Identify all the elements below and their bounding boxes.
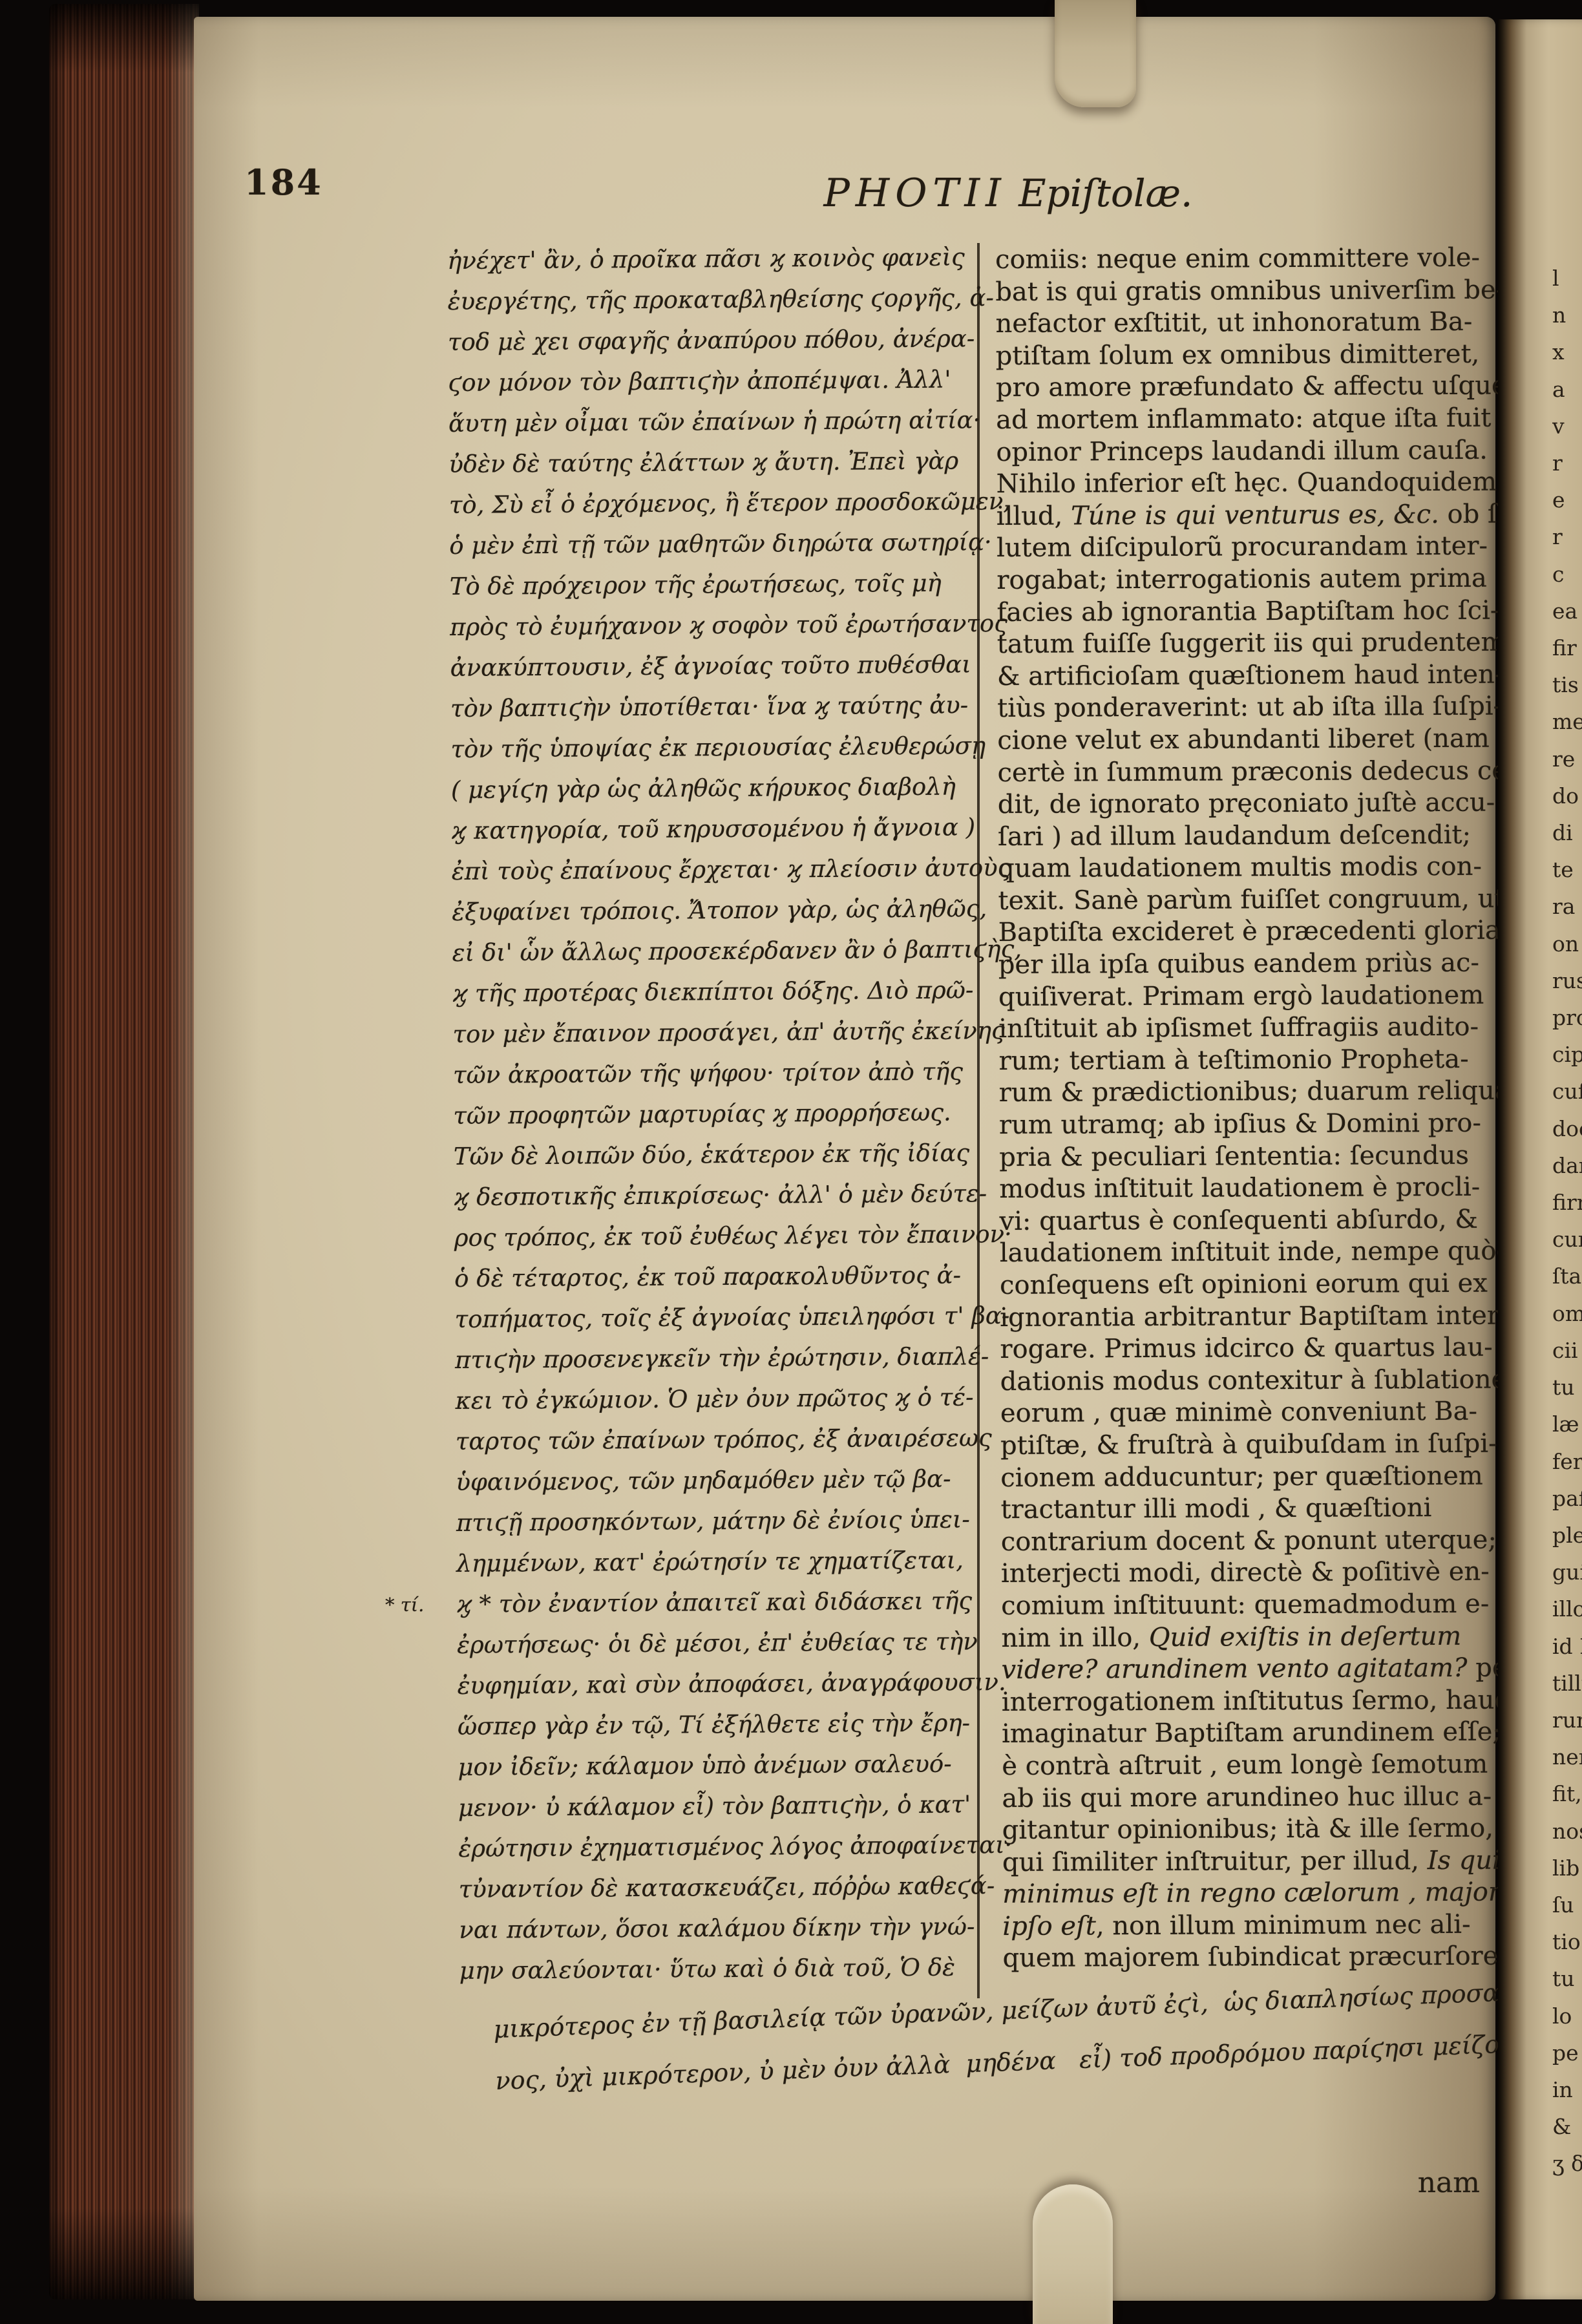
latin-text-segment: ignorantia arbitrantur Baptiſtam inter- xyxy=(1000,1300,1508,1332)
greek-text-line: πτιϛῇ προσηκόντων, μάτην δὲ ἐνίοις ὑπει- xyxy=(456,1499,986,1543)
greek-text-line: λημμένων, κατ' ἐρώτησίν τε χηματίζεται, xyxy=(456,1539,986,1584)
latin-text-line: ad mortem inflammato: atque iſta fuit xyxy=(996,403,1490,437)
latin-text-segment: laudationem inſtituit inde, nempe quòd xyxy=(1000,1236,1513,1268)
latin-text-segment: ſari ) ad illum laudandum deſcendit; xyxy=(998,819,1471,851)
latin-text-line: ptiſtam ſolum ex omnibus dimitteret, xyxy=(996,338,1490,372)
greek-text-column: ἠνέχετ' ἂν, ὁ προῖκα πᾶσι ϗ κοινὸς φανεὶ… xyxy=(447,237,989,1991)
latin-text-line: nefactor exſtitit, ut inhonoratum Ba- xyxy=(995,306,1489,341)
greek-text-line: ϛον μόνον τὸν βαπτιϛὴν ἀποπέμψαι. Ἀλλ' xyxy=(448,359,978,403)
latin-text-line: inſtituit ab ipſismet ſuffragiis audito- xyxy=(998,1011,1492,1046)
latin-text-line: ignorantia arbitrantur Baptiſtam inter- xyxy=(1000,1300,1493,1334)
edge-text-fragment: ſu xyxy=(1552,1886,1582,1923)
edge-text-fragment: nos xyxy=(1552,1813,1582,1850)
greek-text-line: ὁ δὲ τέταρτος, ἐκ τοῦ παρακολυθῦντος ἀ- xyxy=(454,1254,984,1299)
latin-text-line: quam laudationem multis modis con- xyxy=(998,851,1492,885)
edge-text-fragment: ſtat xyxy=(1552,1258,1582,1294)
latin-text-segment: , non illum minimum nec ali- xyxy=(1096,1910,1471,1941)
greek-text-line: κει τὸ ἐγκώμιον. Ὁ μὲν ὀυν πρῶτος ϗ ὁ τέ… xyxy=(455,1377,985,1421)
latin-text-segment: interrogationem inſtitutus ſermo, haud xyxy=(1002,1685,1511,1717)
latin-text-line: rum & prædictionibus; duarum reliqua- xyxy=(999,1075,1493,1110)
latin-text-line: tiùs ponderaverint: ut ab iſta illa ſuſp… xyxy=(997,691,1491,725)
greek-text-line: ἠνέχετ' ἂν, ὁ προῖκα πᾶσι ϗ κοινὸς φανεὶ… xyxy=(447,237,977,281)
edge-text-fragment: ea xyxy=(1552,593,1582,629)
latin-text-segment: pria & peculiari ſententia: ſecundus xyxy=(999,1140,1469,1172)
latin-text-line: illud, Túne is qui venturus es, &c. ob ſ… xyxy=(997,498,1490,533)
greek-text-line: τῶν ἀκροατῶν τῆς ψήφου· τρίτον ἀπὸ τῆς xyxy=(453,1051,983,1095)
greek-text-line: τὸν τῆς ὑποψίας ἐκ περιουσίας ἐλευθερώσῃ xyxy=(450,725,980,770)
latin-text-segment: ptiſtam ſolum ex omnibus dimitteret, xyxy=(996,339,1480,371)
edge-text-fragment: r xyxy=(1552,518,1582,555)
catchword: nam xyxy=(1305,2166,1480,2199)
edge-text-fragment: cipu xyxy=(1552,1036,1582,1073)
greek-text-line: ἅυτη μὲν οἶμαι τῶν ἐπαίνων ἡ πρώτη αἰτία… xyxy=(448,399,978,444)
edge-text-fragment: lib xyxy=(1552,1850,1582,1886)
header-work-title: Epiſtolæ. xyxy=(1007,171,1193,215)
edge-text-fragment: di xyxy=(1552,814,1582,851)
edge-text-fragment: id E xyxy=(1552,1628,1582,1665)
latin-text-segment: interjecti modi, directè & poſitivè en- xyxy=(1001,1557,1490,1589)
latin-text-line: pro amore præfundato & affectu uſque xyxy=(996,370,1490,405)
greek-text-line: ἐυεργέτης, τῆς προκαταβληθείσης ϛοργῆς, … xyxy=(447,277,977,322)
latin-text-line: videre? arundinem vento agitatam? per xyxy=(1002,1653,1495,1687)
latin-text-segment: illud, xyxy=(997,501,1071,531)
latin-text-line: rogabat; interrogationis autem prima xyxy=(997,563,1490,597)
latin-text-segment: nefactor exſtitit, ut inhonoratum Ba- xyxy=(995,307,1472,339)
latin-text-segment: tiùs ponderaverint: ut ab iſta illa ſuſp… xyxy=(997,692,1502,723)
latin-text-line: Baptiſta excideret è præcedenti gloria, xyxy=(998,915,1492,949)
edge-text-fragment: r xyxy=(1552,445,1582,481)
latin-text-line: interjecti modi, directè & poſitivè en- xyxy=(1001,1556,1495,1590)
latin-text-segment: rum utramq; ab ipſius & Domini pro- xyxy=(999,1108,1481,1140)
edge-text-fragment: re xyxy=(1552,741,1582,777)
greek-text-line: μον ἰδεῖν; κάλαμον ὑπὸ ἀνέμων σαλευό- xyxy=(458,1743,987,1788)
latin-text-segment: contrarium docent & ponunt uterque; xyxy=(1001,1525,1497,1556)
greek-text-line: τὐναντίον δὲ κατασκευάζει, πόῤῥω καθεϛά- xyxy=(459,1865,989,1910)
edge-text-fragment: x xyxy=(1552,333,1582,370)
latin-text-line: nim in illo, Quid exiſtis in deſertum xyxy=(1001,1620,1495,1654)
latin-quote-segment: ipſo eſt xyxy=(1002,1911,1096,1941)
greek-text-line: ἐξυφαίνει τρόποις. Ἄτοπον γὰρ, ὡς ἀληθῶς… xyxy=(452,888,982,933)
greek-text-line: ρος τρόπος, ἐκ τοῦ ἐυθέως λέγει τὸν ἔπαι… xyxy=(454,1214,984,1258)
greek-text-line: πρὸς τὸ ἐυμήχανον ϗ σοφὸν τοῦ ἐρωτήσαντο… xyxy=(450,603,980,648)
vellum-tab-bottom xyxy=(1033,2184,1113,2324)
latin-text-line: rum; tertiam à teſtimonio Propheta- xyxy=(998,1043,1492,1077)
latin-text-line: eorum , quæ minimè conveniunt Ba- xyxy=(1000,1396,1494,1430)
greek-text-line: τοπήματος, τοῖς ἐξ ἀγνοίας ὑπειληφόσι τ'… xyxy=(454,1295,984,1340)
latin-text-line: cionem adducuntur; per quæſtionem xyxy=(1000,1460,1494,1494)
latin-text-segment: ad mortem inflammato: atque iſta fuit xyxy=(996,403,1491,435)
greek-text-line: τὸ, Σὺ εἶ ὁ ἐρχόμενος, ἢ ἕτερον προσδοκῶ… xyxy=(449,481,979,525)
greek-text-line: πτιϛὴν προσενεγκεῖν τὴν ἐρώτησιν, διαπλέ… xyxy=(455,1336,985,1380)
latin-quote-segment: Is qui xyxy=(1428,1845,1501,1875)
latin-text-segment: comium inſtituunt: quemadmodum e- xyxy=(1001,1589,1489,1621)
latin-text-segment: rogare. Primus idcirco & quartus lau- xyxy=(1000,1333,1492,1364)
book-page: 184 PHOTII Epiſtolæ. * τί. ἠνέχετ' ἂν, ὁ… xyxy=(194,17,1495,2301)
latin-text-segment: comiis: neque enim committere vole- xyxy=(995,243,1480,275)
latin-text-line: modus inſtituit laudationem è procli- xyxy=(999,1172,1493,1206)
latin-text-segment: modus inſtituit laudationem è procli- xyxy=(999,1172,1480,1204)
latin-text-line: ab iis qui more arundineo huc illuc a- xyxy=(1002,1780,1495,1815)
edge-text-fragment: ra xyxy=(1552,888,1582,925)
running-header: PHOTII Epiſtolæ. xyxy=(750,171,1267,216)
latin-quote-segment: minimus eſt in regno cælorum , major xyxy=(1002,1877,1501,1909)
latin-text-segment: facies ab ignorantia Baptiſtam hoc ſci- xyxy=(997,595,1499,627)
greek-text-line: ὁ μὲν ἐπὶ τῇ τῶν μαθητῶν διηρώτα σωτηρίᾳ… xyxy=(449,522,979,566)
latin-text-segment: nim in illo, xyxy=(1001,1623,1149,1653)
latin-text-line: ipſo eſt, non illum minimum nec ali- xyxy=(1002,1909,1496,1943)
edge-text-fragment: tu xyxy=(1552,1960,1582,1997)
greek-text-line: ἐπὶ τοὺς ἐπαίνους ἔρχεται· ϗ πλείοσιν ἀυ… xyxy=(452,847,982,892)
latin-text-line: gitantur opinionibus; ità & ille ſermo, xyxy=(1002,1813,1496,1847)
edge-text-fragment: a xyxy=(1552,371,1582,408)
page-number: 184 xyxy=(244,162,323,203)
edge-text-fragment: me xyxy=(1552,703,1582,740)
latin-text-line: ſari ) ad illum laudandum deſcendit; xyxy=(998,819,1492,853)
edge-text-fragment: e xyxy=(1552,481,1582,518)
latin-text-segment: lutem diſcipulorũ procurandam inter- xyxy=(997,531,1488,563)
latin-text-segment: rogabat; interrogationis autem prima xyxy=(997,564,1487,595)
latin-text-segment: pro amore præfundato & affectu uſque xyxy=(996,371,1507,403)
latin-text-line: certè in ſummum præconis dedecus ce- xyxy=(997,755,1491,789)
latin-text-segment: Nihilo inferior eſt hęc. Quandoquidem xyxy=(997,467,1497,499)
greek-text-line: ϗ * τὸν ἐναντίον ἀπαιτεῖ καὶ διδάσκει τῆ… xyxy=(457,1580,987,1625)
latin-text-line: qui ſimiliter inſtruitur, per illud, Is … xyxy=(1002,1844,1496,1879)
greek-text-line: ἐυφημίαν, καὶ σὺν ἀποφάσει, ἀναγράφουσιν… xyxy=(457,1662,987,1706)
latin-text-line: facies ab ignorantia Baptiſtam hoc ſci- xyxy=(997,595,1490,629)
edge-text-fragment: paſ xyxy=(1552,1480,1582,1517)
latin-text-segment: Baptiſta excideret è præcedenti gloria, xyxy=(998,916,1509,947)
latin-text-segment: ptiſtæ, & fruſtrà à quibuſdam in ſuſpi- xyxy=(1000,1429,1497,1461)
latin-text-line: opinor Princeps laudandi illum cauſa. xyxy=(996,434,1490,469)
edge-text-fragment: ple xyxy=(1552,1517,1582,1554)
edge-text-fragment: v xyxy=(1552,408,1582,445)
edge-text-fragment: tu xyxy=(1552,1369,1582,1406)
edge-text-fragment: cuſ xyxy=(1552,1073,1582,1110)
latin-quote-segment: Túne is qui venturus es, &c. xyxy=(1071,500,1439,531)
edge-text-fragment: pro xyxy=(1552,999,1582,1036)
greek-text-line: ϗ δεσποτικῆς ἐπικρίσεως· ἀλλ' ὁ μὲν δεύτ… xyxy=(454,1173,984,1218)
edge-text-fragment: c xyxy=(1552,556,1582,593)
greek-text-line: ἐρώτησιν ἐχηματισμένος λόγος ἀποφαίνεται… xyxy=(458,1824,988,1869)
latin-text-line: laudationem inſtituit inde, nempe quòd xyxy=(1000,1236,1493,1270)
latin-text-line: & artificioſam quæſtionem haud inten- xyxy=(997,659,1491,693)
latin-text-segment: dit, de ignorato pręconiato juſtè accu- xyxy=(998,788,1495,819)
latin-text-line: tractantur illi modi , & quæſtioni xyxy=(1000,1492,1494,1526)
edge-text-fragment: læ xyxy=(1552,1406,1582,1442)
latin-text-line: minimus eſt in regno cælorum , major xyxy=(1002,1877,1496,1911)
greek-text-line: ἐρωτήσεως· ὁι δὲ μέσοι, ἐπ' ἐυθείας τε τ… xyxy=(457,1621,987,1665)
vellum-tab-top xyxy=(1055,0,1136,107)
edge-text-fragment: tillu xyxy=(1552,1665,1582,1702)
latin-text-line: lutem diſcipulorũ procurandam inter- xyxy=(997,531,1490,565)
edge-text-fragment: firm xyxy=(1552,1184,1582,1221)
edge-text-fragment: fera xyxy=(1552,1443,1582,1480)
latin-text-segment: texit. Sanè parùm fuiſſet congruum, ut xyxy=(998,883,1504,915)
greek-text-line: ϗ τῆς προτέρας διεκπίπτοι δόξης. Διὸ πρῶ… xyxy=(452,969,982,1014)
latin-text-segment: dationis modus contexitur à ſublatione xyxy=(1000,1364,1507,1396)
latin-text-segment: bat is qui gratis omnibus univerſim be- xyxy=(995,275,1504,306)
greek-text-line: ἀνακύπτουσιν, ἐξ ἀγνοίας τοῦτο πυθέσθαι xyxy=(450,644,980,688)
latin-text-segment: è contrà aſtruit , eum longè ſemotum xyxy=(1002,1749,1488,1781)
edge-text-fragment: tis xyxy=(1552,666,1582,703)
greek-text-line: τῶν προφητῶν μαρτυρίας ϗ προρρήσεως. xyxy=(453,1092,983,1136)
edge-text-fragment: gui xyxy=(1552,1554,1582,1590)
header-author: PHOTII xyxy=(824,171,1007,216)
edge-text-fragment: in xyxy=(1552,2071,1582,2108)
greek-text-line: τοδ μὲ χει σφαγῆς ἀναπύρου πόθου, ἀνέρα- xyxy=(448,318,978,363)
edge-text-fragment: rund xyxy=(1552,1702,1582,1738)
greek-text-line: τον μὲν ἔπαινον προσάγει, ἀπ' ἀυτῆς ἐκεί… xyxy=(452,1010,982,1055)
latin-text-line: rum utramq; ab ipſius & Domini pro- xyxy=(999,1108,1493,1142)
latin-text-segment: inſtituit ab ipſismet ſuffragiis audito- xyxy=(998,1012,1479,1044)
latin-text-segment: cionem adducuntur; per quæſtionem xyxy=(1000,1461,1483,1492)
edge-text-fragment: fit, xyxy=(1552,1775,1582,1812)
greek-text-line: ὐδὲν δὲ ταύτης ἐλάττων ϗ ἄυτη. Ἐπεὶ γὰρ xyxy=(448,440,978,485)
edge-text-fragment: n xyxy=(1552,297,1582,333)
margin-note: * τί. xyxy=(385,1594,424,1616)
latin-text-segment: ab iis qui more arundineo huc illuc a- xyxy=(1002,1781,1492,1813)
greek-text-line: ταρτος τῶν ἐπαίνων τρόπος, ἐξ ἀναιρέσεως xyxy=(456,1417,986,1462)
latin-text-segment: opinor Princeps laudandi illum cauſa. xyxy=(996,435,1488,467)
greek-text-line: ϗ κατηγορία, τοῦ κηρυσσομένου ἡ ἄγνοια ) xyxy=(451,807,981,851)
latin-text-line: dationis modus contexitur à ſublatione xyxy=(1000,1364,1494,1398)
edge-text-fragment: cur xyxy=(1552,1221,1582,1258)
latin-text-segment: gitantur opinionibus; ità & ille ſermo, xyxy=(1002,1813,1494,1845)
latin-text-line: dit, de ignorato pręconiato juſtè accu- xyxy=(998,787,1492,821)
greek-text-line: Τῶν δὲ λοιπῶν δύο, ἑκάτερον ἐκ τῆς ἰδίας xyxy=(454,1132,984,1177)
latin-text-segment: conſequens eſt opinioni eorum qui ex xyxy=(1000,1269,1488,1300)
latin-text-segment: rum & prædictionibus; duarum reliqua- xyxy=(999,1076,1519,1108)
latin-text-line: interrogationem inſtitutus ſermo, haud xyxy=(1002,1684,1495,1718)
latin-text-line: imaginatur Baptiſtam arundinem eſſe; xyxy=(1002,1717,1495,1751)
greek-text-line: ὑφαινόμενος, τῶν μηδαμόθεν μὲν τῷ βα- xyxy=(456,1458,986,1503)
latin-text-line: quiſiverat. Primam ergò laudationem xyxy=(998,979,1492,1013)
greek-text-line: μενον· ὐ κάλαμον εἶ) τὸν βαπτιϛὴν, ὁ κατ… xyxy=(458,1784,988,1828)
latin-text-segment: certè in ſummum præconis dedecus ce- xyxy=(997,755,1515,787)
latin-text-segment: eorum , quæ minimè conveniunt Ba- xyxy=(1000,1397,1477,1428)
edge-text-fragment: tio xyxy=(1552,1923,1582,1960)
latin-text-line: è contrà aſtruit , eum longè ſemotum xyxy=(1002,1749,1495,1783)
latin-text-segment: tatum fuiſſe ſuggerit iis qui prudentem xyxy=(997,628,1506,659)
latin-text-segment: & artificioſam quæſtionem haud inten- xyxy=(997,659,1504,691)
latin-text-line: per illa ipſa quibus eandem priùs ac- xyxy=(998,947,1492,982)
latin-text-line: comiis: neque enim committere vole- xyxy=(995,242,1489,277)
latin-text-line: contrarium docent & ponunt uterque; xyxy=(1001,1524,1495,1558)
book-page-edges xyxy=(49,4,199,2299)
edge-text-fragment: doc xyxy=(1552,1110,1582,1147)
edge-text-fragment: te xyxy=(1552,851,1582,888)
latin-text-line: pria & peculiari ſententia: ſecundus xyxy=(999,1139,1493,1174)
edge-text-fragment: do xyxy=(1552,777,1582,814)
latin-text-segment: quam laudationem multis modis con- xyxy=(998,852,1482,883)
next-page-text-fragments: lnxavrerceafirtismeredoditeraonrusprocip… xyxy=(1552,260,1582,2182)
latin-quote-segment: videre? arundinem vento agitatam? xyxy=(1002,1653,1476,1685)
latin-text-line: rogare. Primus idcirco & quartus lau- xyxy=(1000,1332,1493,1366)
edge-text-fragment: nem xyxy=(1552,1738,1582,1775)
latin-quote-segment: Quid exiſtis in deſertum xyxy=(1149,1621,1462,1652)
edge-text-fragment: lo xyxy=(1552,1998,1582,2034)
latin-text-column: comiis: neque enim committere vole-bat i… xyxy=(995,242,1497,1975)
edge-text-fragment: on xyxy=(1552,925,1582,962)
latin-text-line: conſequens eſt opinioni eorum qui ex xyxy=(1000,1268,1493,1302)
edge-text-fragment: & xyxy=(1552,2108,1582,2145)
next-page-sliver: lnxavrerceafirtismeredoditeraonrusprocip… xyxy=(1498,19,1582,2299)
latin-text-segment: vi: quartus è conſequenti abſurdo, & xyxy=(999,1205,1478,1236)
greek-text-line: ὥσπερ γὰρ ἐν τῷ, Τί ἐξήλθετε εἰς τὴν ἔρη… xyxy=(458,1702,987,1747)
latin-text-segment: imaginatur Baptiſtam arundinem eſſe; xyxy=(1002,1717,1501,1749)
edge-text-fragment: om xyxy=(1552,1295,1582,1332)
book-scan-scene: 184 PHOTII Epiſtolæ. * τί. ἠνέχετ' ἂν, ὁ… xyxy=(0,0,1582,2324)
latin-text-line: texit. Sanè parùm fuiſſet congruum, ut xyxy=(998,883,1492,918)
latin-text-line: cione velut ex abundanti liberet (nam xyxy=(997,723,1491,757)
edge-text-fragment: illo xyxy=(1552,1590,1582,1627)
latin-text-line: Nihilo inferior eſt hęc. Quandoquidem xyxy=(997,467,1490,501)
greek-text-line: Τὸ δὲ πρόχειρον τῆς ἐρωτήσεως, τοῖς μὴ xyxy=(450,562,980,607)
latin-text-segment: tractantur illi modi , & quæſtioni xyxy=(1000,1493,1431,1525)
greek-text-line: τὸν βαπτιϛὴν ὑποτίθεται· ἵνα ϗ ταύτης ἀυ… xyxy=(450,684,980,729)
edge-text-fragment: rus xyxy=(1552,962,1582,999)
latin-text-segment: per illa ipſa quibus eandem priùs ac- xyxy=(998,948,1479,980)
latin-text-segment: cione velut ex abundanti liberet (nam xyxy=(997,724,1490,755)
latin-text-segment: quiſiverat. Primam ergò laudationem xyxy=(998,980,1484,1011)
edge-text-fragment: l xyxy=(1552,260,1582,297)
latin-text-line: bat is qui gratis omnibus univerſim be- xyxy=(995,274,1489,308)
edge-text-fragment: dar xyxy=(1552,1147,1582,1184)
edge-text-fragment: cii xyxy=(1552,1332,1582,1369)
greek-text-line: εἰ δι' ὧν ἄλλως προσεκέρδανεν ἂν ὁ βαπτι… xyxy=(452,929,982,973)
greek-text-line: μην σαλεύονται· ὕτω καὶ ὁ διὰ τοῦ, Ὁ δὲ xyxy=(459,1947,989,1991)
greek-text-line: ( μεγίϛη γὰρ ὡς ἀληθῶς κήρυκος διαβολὴ xyxy=(451,766,981,810)
latin-text-line: comium inſtituunt: quemadmodum e- xyxy=(1001,1589,1495,1623)
latin-text-segment: qui ſimiliter inſtruitur, per illud, xyxy=(1002,1846,1428,1877)
edge-text-fragment: pe xyxy=(1552,2034,1582,2071)
edge-text-fragment: fir xyxy=(1552,629,1582,666)
latin-text-line: vi: quartus è conſequenti abſurdo, & xyxy=(999,1203,1493,1238)
latin-text-line: ptiſtæ, & fruſtrà à quibuſdam in ſuſpi- xyxy=(1000,1428,1494,1463)
latin-text-segment: rum; tertiam à teſtimonio Propheta- xyxy=(998,1044,1468,1076)
greek-text-line: ναι πάντων, ὅσοι καλάμου δίκην τὴν γνώ- xyxy=(459,1906,989,1950)
edge-text-fragment: ʒ δ xyxy=(1552,2145,1582,2182)
latin-text-line: tatum fuiſſe ſuggerit iis qui prudentem xyxy=(997,627,1491,661)
